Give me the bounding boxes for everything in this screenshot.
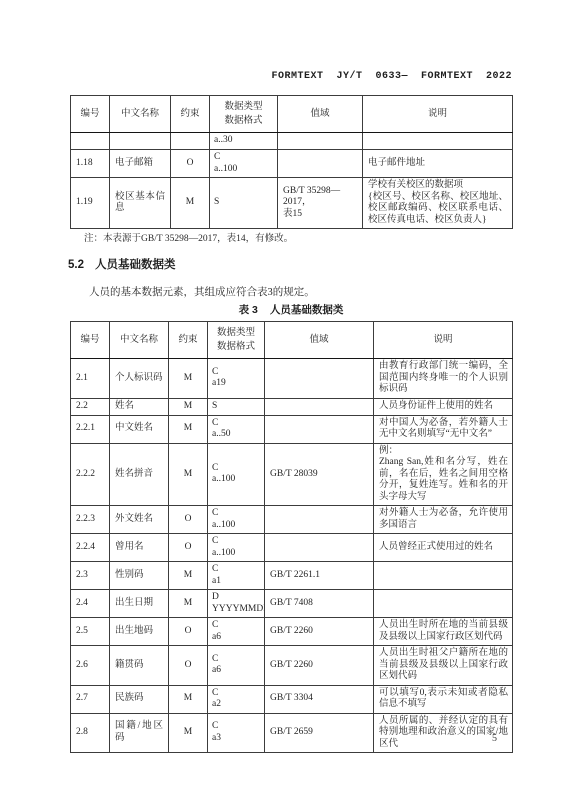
table-row: 2.3性别码MC a1GB/T 2261.1 [71, 562, 513, 590]
table-cell: M [169, 359, 208, 399]
table-cell: 外文姓名 [110, 506, 169, 534]
table-cell [110, 133, 171, 150]
table-cell: C a2 [208, 685, 265, 713]
page-number: 5 [492, 733, 497, 744]
table-cell [171, 133, 210, 150]
person-basic-data-table: 编号中文名称约束数据类型 数据格式值域说明 2.1个人标识码MC a19由教育行… [70, 321, 513, 753]
table-cell: M [169, 415, 208, 443]
table-campus-data: 编号中文名称约束数据类型 数据格式值域说明 a..301.18电子邮箱OC a.… [70, 95, 513, 229]
section-paragraph: 人员的基本数据元素，其组成应符合表3的规定。 [89, 284, 315, 299]
table-cell: 人员身份证件上使用的姓名 [374, 398, 513, 415]
table-cell: C a..50 [208, 415, 265, 443]
table-row: 2.7民族码MC a2GB/T 3304可以填写0,表示未知或者隐私信息不填写 [71, 685, 513, 713]
table-cell: 例： Zhang San,姓和名分写，姓在前，名在后，姓名之间用空格分开，复姓连… [374, 443, 513, 506]
table-cell: 姓名 [110, 398, 169, 415]
table-cell: 籍贯码 [110, 646, 169, 686]
table-cell: 国籍/地区码 [110, 713, 169, 753]
table-cell: C a19 [208, 359, 265, 399]
table-header-row: 编号中文名称约束数据类型 数据格式值域说明 [71, 96, 513, 133]
table-row: a..30 [71, 133, 513, 150]
table-cell: 2.1 [71, 359, 110, 399]
table-cell: 2.2.4 [71, 534, 110, 562]
table-cell: 2.6 [71, 646, 110, 686]
column-header: 值域 [265, 322, 374, 359]
table-cell [374, 562, 513, 590]
table-cell: 中文姓名 [110, 415, 169, 443]
column-header: 中文名称 [110, 96, 171, 133]
table-cell: M [169, 713, 208, 753]
table-cell: GB/T 2260 [265, 618, 374, 646]
table-cell: 校区基本信息 [110, 178, 171, 229]
table-row: 2.2.3外文姓名OC a..100对外籍人士为必备，允许使用多国语言 [71, 506, 513, 534]
table-cell: O [169, 506, 208, 534]
table-cell [265, 534, 374, 562]
column-header: 说明 [374, 322, 513, 359]
document-header: FORMTEXT JY/T 0633— FORMTEXT 2022 [271, 71, 512, 82]
section-number: 5.2 [68, 259, 84, 271]
table-cell: C a6 [208, 618, 265, 646]
table-cell: 2.4 [71, 590, 110, 618]
table-cell [265, 359, 374, 399]
table-cell: GB/T 2261.1 [265, 562, 374, 590]
table-cell: 学校有关校区的数据项 {校区号、校区名称、校区地址、校区邮政编码、校区联系电话、… [363, 178, 513, 229]
table-cell: 电子邮件地址 [363, 150, 513, 178]
data-elements-table-continued: 编号中文名称约束数据类型 数据格式值域说明 a..301.18电子邮箱OC a.… [70, 95, 513, 229]
table-cell: 姓名拼音 [110, 443, 169, 506]
table-cell: C a6 [208, 646, 265, 686]
table-cell: O [171, 150, 210, 178]
table-cell: C a3 [208, 713, 265, 753]
table-cell: C a..100 [208, 534, 265, 562]
table-row: 2.5出生地码OC a6GB/T 2260人员出生时所在地的当前县级及县级以上国… [71, 618, 513, 646]
table-cell [278, 150, 363, 178]
table-row: 2.1个人标识码MC a19由教育行政部门统一编码，全国范围内终身唯一的个人识别… [71, 359, 513, 399]
table-cell: 曾用名 [110, 534, 169, 562]
table-header-row: 编号中文名称约束数据类型 数据格式值域说明 [71, 322, 513, 359]
table-row: 2.2.4曾用名OC a..100人员曾经正式使用过的姓名 [71, 534, 513, 562]
table-cell: M [169, 398, 208, 415]
section-heading: 5.2人员基础数据类 [68, 256, 176, 272]
table-cell: GB/T 2659 [265, 713, 374, 753]
table-cell: C a..100 [208, 443, 265, 506]
table-person-basic-data: 编号中文名称约束数据类型 数据格式值域说明 2.1个人标识码MC a19由教育行… [70, 321, 513, 753]
table-row: 2.2姓名MS人员身份证件上使用的姓名 [71, 398, 513, 415]
table-cell: O [169, 534, 208, 562]
table-cell: C a..100 [210, 150, 278, 178]
column-header: 约束 [169, 322, 208, 359]
column-header: 值域 [278, 96, 363, 133]
table-row: 1.19校区基本信息MSGB/T 35298—2017， 表15学校有关校区的数… [71, 178, 513, 229]
table-cell: 2.2.2 [71, 443, 110, 506]
table-cell: 2.2.3 [71, 506, 110, 534]
table-cell: 电子邮箱 [110, 150, 171, 178]
table-cell: 个人标识码 [110, 359, 169, 399]
table-cell: 1.19 [71, 178, 110, 229]
table-row: 2.2.1中文姓名MC a..50对中国人为必备，若外籍人士无中文名则填写“无中… [71, 415, 513, 443]
table-cell: GB/T 7408 [265, 590, 374, 618]
table-cell: a..30 [210, 133, 278, 150]
table-cell: 人员曾经正式使用过的姓名 [374, 534, 513, 562]
table-cell: 人员出生时祖父户籍所在地的当前县级及县级以上国家行政区划代码 [374, 646, 513, 686]
section-title: 人员基础数据类 [95, 259, 176, 271]
table-cell [265, 506, 374, 534]
table-cell: C a1 [208, 562, 265, 590]
table-cell: GB/T 28039 [265, 443, 374, 506]
table-cell: 由教育行政部门统一编码，全国范围内终身唯一的个人识别标识码 [374, 359, 513, 399]
table-cell: S [210, 178, 278, 229]
table-row: 2.4出生日期MD YYYYMMDDGB/T 7408 [71, 590, 513, 618]
table-cell: 2.7 [71, 685, 110, 713]
column-header: 编号 [71, 322, 110, 359]
table-cell: 性别码 [110, 562, 169, 590]
table3-caption: 表 3人员基础数据类 [70, 302, 512, 317]
table-cell: M [169, 562, 208, 590]
table-cell: C a..100 [208, 506, 265, 534]
table-cell: 2.5 [71, 618, 110, 646]
column-header: 数据类型 数据格式 [210, 96, 278, 133]
table-cell [71, 133, 110, 150]
table-cell: 人员出生时所在地的当前县级及县级以上国家行政区划代码 [374, 618, 513, 646]
table3-caption-title: 人员基础数据类 [270, 304, 344, 316]
table-cell: O [169, 646, 208, 686]
table-cell: 2.3 [71, 562, 110, 590]
column-header: 数据类型 数据格式 [208, 322, 265, 359]
column-header: 编号 [71, 96, 110, 133]
table-source-note: 注：本表源于GB/T 35298—2017，表14，有修改。 [84, 230, 293, 244]
table-cell: 出生日期 [110, 590, 169, 618]
table-cell: 2.2 [71, 398, 110, 415]
table-cell: 对外籍人士为必备，允许使用多国语言 [374, 506, 513, 534]
table-cell: GB/T 2260 [265, 646, 374, 686]
table-row: 2.8国籍/地区码MC a3GB/T 2659人员所属的、并经认定的具有特别地理… [71, 713, 513, 753]
table-cell [374, 590, 513, 618]
table-cell: O [169, 618, 208, 646]
table-cell [265, 398, 374, 415]
table-row: 2.2.2姓名拼音MC a..100GB/T 28039例： Zhang San… [71, 443, 513, 506]
table-cell: D YYYYMMDD [208, 590, 265, 618]
table-row: 1.18电子邮箱OC a..100电子邮件地址 [71, 150, 513, 178]
table-cell: 1.18 [71, 150, 110, 178]
table-cell [278, 133, 363, 150]
table-cell: M [171, 178, 210, 229]
table-cell: M [169, 685, 208, 713]
table-cell: 民族码 [110, 685, 169, 713]
column-header: 中文名称 [110, 322, 169, 359]
table3-caption-number: 表 3 [239, 304, 258, 316]
column-header: 约束 [171, 96, 210, 133]
table-cell: M [169, 590, 208, 618]
table-row: 2.6籍贯码OC a6GB/T 2260人员出生时祖父户籍所在地的当前县级及县级… [71, 646, 513, 686]
table-cell [265, 415, 374, 443]
table-cell: 2.8 [71, 713, 110, 753]
table-cell: 2.2.1 [71, 415, 110, 443]
table-cell: S [208, 398, 265, 415]
column-header: 说明 [363, 96, 513, 133]
table-cell: M [169, 443, 208, 506]
table-cell: 出生地码 [110, 618, 169, 646]
table-cell: 对中国人为必备，若外籍人士无中文名则填写“无中文名” [374, 415, 513, 443]
table-cell: GB/T 3304 [265, 685, 374, 713]
table-cell: 可以填写0,表示未知或者隐私信息不填写 [374, 685, 513, 713]
table-cell [363, 133, 513, 150]
table-cell: GB/T 35298—2017， 表15 [278, 178, 363, 229]
